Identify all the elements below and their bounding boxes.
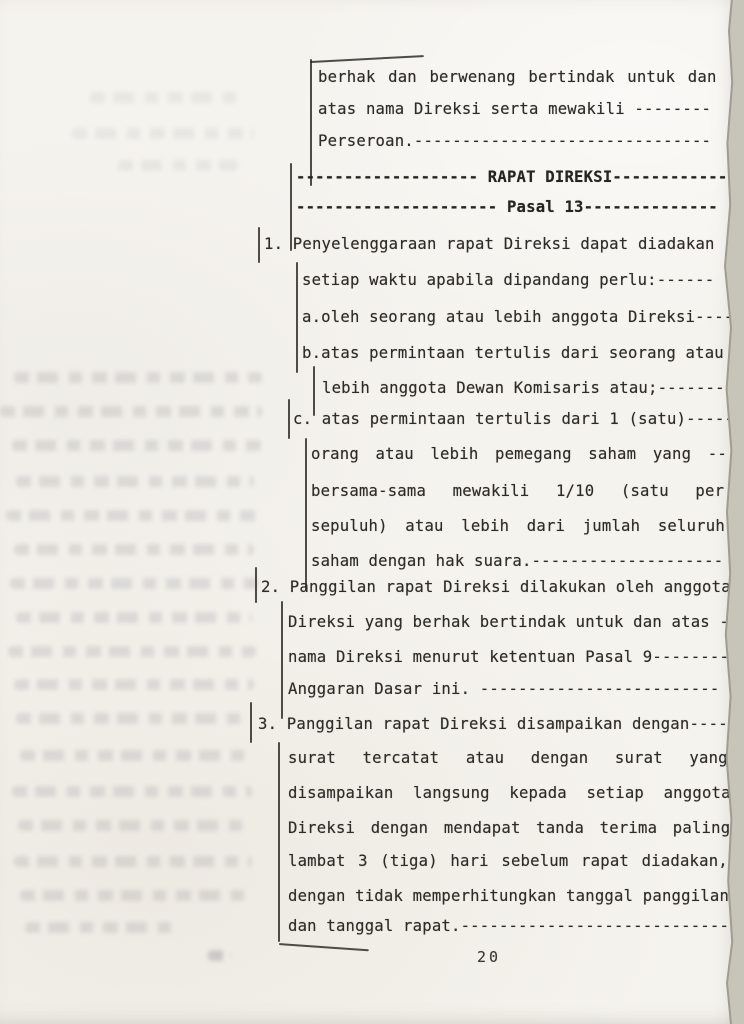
bleed-through-smudge	[72, 128, 254, 139]
doc-line: Direksi yang berhak bertindak untuk dan …	[288, 605, 729, 639]
doc-line: Perseroan.------------------------------…	[318, 124, 711, 158]
bleed-through-smudge	[14, 679, 254, 690]
margin-line	[255, 567, 257, 603]
doc-line: bersama-sama mewakili 1/10 (satu per	[311, 474, 724, 508]
doc-line: Anggaran Dasar ini. --------------------…	[288, 672, 719, 706]
margin-line	[305, 438, 307, 591]
bleed-through-smudge	[12, 786, 252, 797]
bleed-through-smudge	[16, 476, 254, 487]
bleed-through-page-number	[208, 950, 232, 961]
section-heading: ------------------- RAPAT DIREKSI-------…	[296, 160, 727, 194]
margin-line	[258, 227, 260, 263]
bleed-through-smudge	[18, 820, 250, 831]
doc-line: a.oleh seorang atau lebih anggota Direks…	[302, 300, 733, 334]
bleed-through-smudge	[14, 372, 262, 383]
bleed-through-smudge	[0, 406, 262, 417]
doc-line: orang atau lebih pemegang saham yang --	[311, 437, 727, 471]
bleed-through-smudge	[8, 646, 256, 657]
doc-line: 1. Penyelenggaraan rapat Direksi dapat d…	[264, 227, 715, 261]
margin-line	[278, 742, 280, 942]
bleed-through-smudge	[6, 510, 258, 521]
doc-line: setiap waktu apabila dipandang perlu:---…	[302, 263, 714, 297]
doc-line: berhak dan berwenang bertindak untuk dan	[318, 60, 717, 94]
doc-line: c. atas permintaan tertulis dari 1 (satu…	[293, 402, 734, 436]
margin-line	[281, 601, 283, 719]
margin-line	[250, 702, 252, 743]
bleed-through-smudge	[16, 713, 246, 724]
bleed-through-smudge	[14, 856, 252, 867]
bleed-through-smudge	[20, 750, 248, 761]
doc-line: atas nama Direksi serta mewakili -------…	[318, 92, 711, 126]
margin-line	[288, 399, 290, 439]
bleed-through-smudge	[16, 612, 252, 623]
bleed-through-smudge	[20, 890, 246, 901]
doc-line: 3. Panggilan rapat Direksi disampaikan d…	[258, 707, 737, 741]
bleed-through-smudge	[25, 922, 175, 933]
bleed-through-smudge	[12, 440, 262, 451]
doc-line: nama Direksi menurut ketentuan Pasal 9--…	[288, 640, 729, 674]
margin-line	[296, 262, 298, 373]
doc-line: surat tercatat atau dengan surat yang	[288, 741, 728, 775]
bleed-through-smudge	[90, 92, 240, 103]
doc-line: lebih anggota Dewan Komisaris atau;-----…	[322, 371, 725, 405]
article-heading: --------------------- Pasal 13----------…	[296, 190, 718, 224]
bleed-through-smudge	[10, 578, 258, 589]
doc-line: b.atas permintaan tertulis dari seorang …	[302, 336, 724, 370]
doc-line: dengan tidak memperhitungkan tanggal pan…	[288, 879, 729, 913]
doc-line: dan tanggal rapat.----------------------…	[288, 909, 729, 943]
doc-line: Direksi dengan mendapat tanda terima pal…	[288, 811, 730, 845]
scanned-page: berhak dan berwenang bertindak untuk dan…	[0, 0, 744, 1024]
doc-line: sepuluh) atau lebih dari jumlah seluruh	[311, 509, 725, 543]
doc-line: 2. Panggilan rapat Direksi dilakukan ole…	[261, 570, 731, 604]
bleed-through-smudge	[14, 544, 254, 555]
margin-bracket-bottom	[279, 943, 369, 951]
doc-line: disampaikan langsung kepada setiap anggo…	[288, 776, 731, 810]
doc-line: lambat 3 (tiga) hari sebelum rapat diada…	[288, 844, 728, 878]
bleed-through-smudge	[118, 160, 238, 171]
page-number: 20	[477, 948, 501, 966]
